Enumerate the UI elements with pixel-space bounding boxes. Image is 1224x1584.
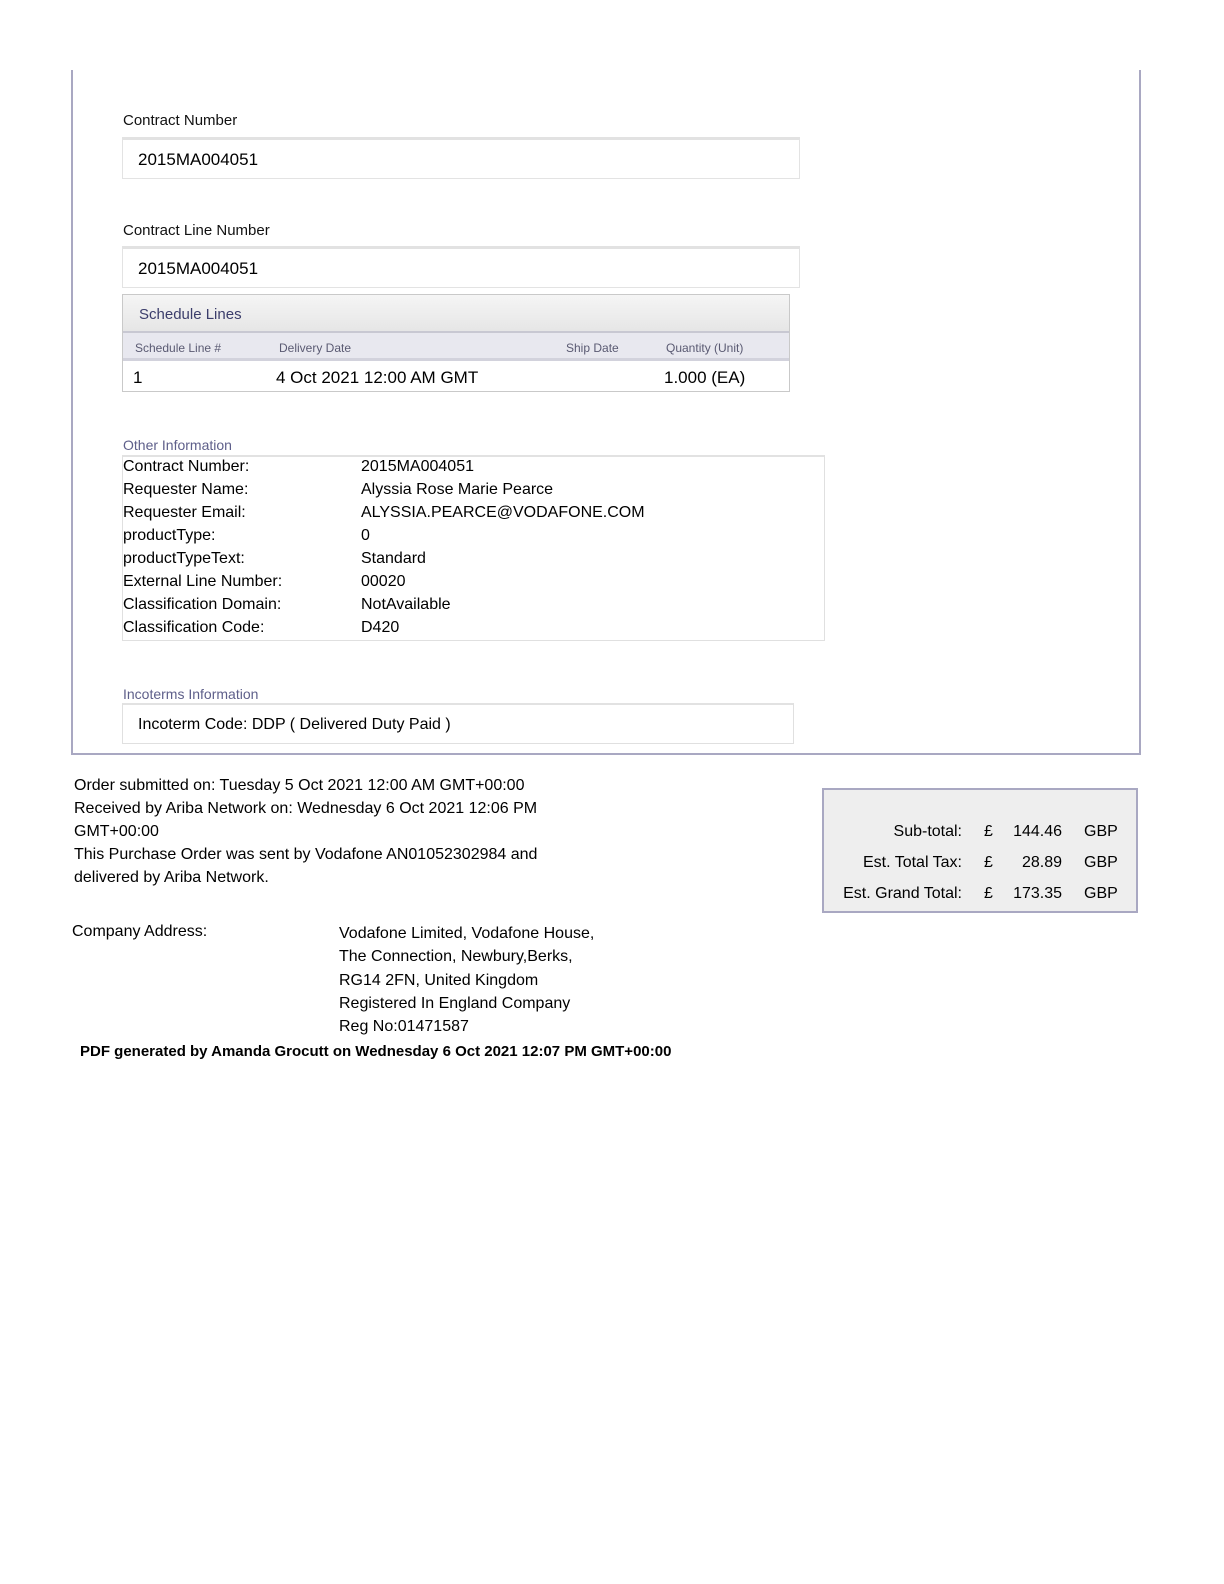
- contract-line-number-field: 2015MA004051: [122, 246, 800, 288]
- info-value: ALYSSIA.PEARCE@VODAFONE.COM: [361, 504, 645, 522]
- schedule-lines-table: Schedule Lines Schedule Line # Delivery …: [122, 294, 790, 392]
- order-submitted-text: Order submitted on: Tuesday 5 Oct 2021 1…: [74, 774, 574, 797]
- currency-code: GBP: [1084, 823, 1118, 841]
- contract-number-field: 2015MA004051: [122, 137, 800, 179]
- company-address: Vodafone Limited, Vodafone House, The Co…: [339, 922, 594, 1038]
- info-key: Requester Email:: [123, 504, 246, 522]
- address-line: Registered In England Company: [339, 992, 594, 1015]
- currency-symbol: £: [984, 823, 993, 841]
- contract-line-number-label: Contract Line Number: [123, 222, 270, 239]
- delivered-by-text: delivered by Ariba Network.: [74, 866, 574, 889]
- incoterm-code: Incoterm Code: DDP ( Delivered Duty Paid…: [122, 703, 794, 744]
- delivery-date: 4 Oct 2021 12:00 AM GMT: [276, 368, 478, 388]
- schedule-lines-header: Schedule Line # Delivery Date Ship Date …: [123, 333, 789, 361]
- address-line: The Connection, Newbury,Berks,: [339, 945, 594, 968]
- schedule-lines-title: Schedule Lines: [123, 295, 789, 333]
- info-value: D420: [361, 619, 399, 637]
- received-by-text: Received by Ariba Network on: Wednesday …: [74, 797, 574, 820]
- quantity: 1.000 (EA): [664, 368, 745, 388]
- tax-amount: 28.89: [1022, 854, 1062, 872]
- schedule-line-number: 1: [133, 368, 142, 388]
- order-info: Order submitted on: Tuesday 5 Oct 2021 1…: [74, 774, 574, 889]
- info-value: 0: [361, 527, 370, 545]
- address-line: Vodafone Limited, Vodafone House,: [339, 922, 594, 945]
- column-header-delivery-date: Delivery Date: [279, 341, 351, 355]
- grand-total-row: Est. Grand Total: £ 173.35 GBP: [824, 885, 1136, 909]
- column-header-quantity: Quantity (Unit): [666, 341, 743, 355]
- column-header-ship-date: Ship Date: [566, 341, 619, 355]
- grand-total-label: Est. Grand Total:: [843, 885, 962, 903]
- info-key: productType:: [123, 527, 216, 545]
- contract-number-label: Contract Number: [123, 112, 237, 129]
- incoterms-title: Incoterms Information: [123, 686, 258, 702]
- pdf-generated-footer: PDF generated by Amanda Grocutt on Wedne…: [80, 1043, 671, 1060]
- address-line: Reg No:01471587: [339, 1015, 594, 1038]
- received-by-timezone: GMT+00:00: [74, 820, 574, 843]
- totals-box: Sub-total: £ 144.46 GBP Est. Total Tax: …: [822, 788, 1138, 913]
- info-key: productTypeText:: [123, 550, 245, 568]
- subtotal-label: Sub-total:: [894, 823, 962, 841]
- info-key: Classification Domain:: [123, 596, 281, 614]
- tax-row: Est. Total Tax: £ 28.89 GBP: [824, 854, 1136, 878]
- info-value: 2015MA004051: [361, 458, 474, 476]
- company-address-label: Company Address:: [72, 923, 207, 941]
- column-header-schedule-line: Schedule Line #: [135, 341, 221, 355]
- currency-symbol: £: [984, 885, 993, 903]
- info-key: External Line Number:: [123, 573, 282, 591]
- info-value: NotAvailable: [361, 596, 451, 614]
- info-key: Classification Code:: [123, 619, 264, 637]
- info-value: Standard: [361, 550, 426, 568]
- address-line: RG14 2FN, United Kingdom: [339, 969, 594, 992]
- table-row: 1 4 Oct 2021 12:00 AM GMT 1.000 (EA): [123, 361, 789, 391]
- tax-label: Est. Total Tax:: [863, 854, 962, 872]
- currency-symbol: £: [984, 854, 993, 872]
- subtotal-amount: 144.46: [1013, 823, 1062, 841]
- sent-by-text: This Purchase Order was sent by Vodafone…: [74, 843, 574, 866]
- subtotal-row: Sub-total: £ 144.46 GBP: [824, 823, 1136, 847]
- other-information-title: Other Information: [123, 437, 232, 453]
- info-key: Requester Name:: [123, 481, 248, 499]
- currency-code: GBP: [1084, 854, 1118, 872]
- grand-total-amount: 173.35: [1013, 885, 1062, 903]
- info-key: Contract Number:: [123, 458, 249, 476]
- currency-code: GBP: [1084, 885, 1118, 903]
- info-value: Alyssia Rose Marie Pearce: [361, 481, 553, 499]
- info-value: 00020: [361, 573, 406, 591]
